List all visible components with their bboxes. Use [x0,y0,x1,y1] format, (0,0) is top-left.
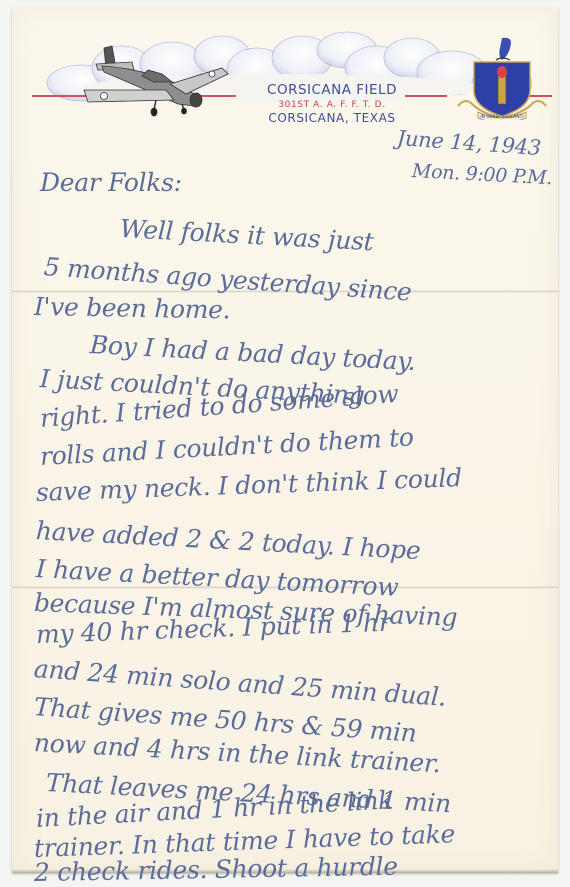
letter-line: Well folks it was just [119,214,374,256]
letter-salutation: Dear Folks: [40,168,182,197]
unit-crest: IN VERBI VIGILANTI [452,34,552,120]
airplane-illustration [82,38,242,118]
letterhead-text: CORSICANA FIELD 301ST A. A. F. F. T. D. … [250,82,414,125]
letterhead-unit: 301ST A. A. F. F. T. D. [250,99,414,111]
letter-date: June 14, 1943 [396,126,542,160]
letterhead-title: CORSICANA FIELD [250,82,414,98]
letter-line: save my neck. I don't think I could [35,463,462,507]
letter-line: I've been home. [34,292,231,324]
letter-line: rolls and I couldn't do them to [39,422,414,471]
letterhead-location: CORSICANA, TEXAS [250,111,414,125]
crest-motto: IN VERBI VIGILANTI [480,114,523,120]
letter-line: 2 check rides. Shoot a hurdle [34,852,398,887]
letter-day-time: Mon. 9:00 P.M. [411,160,552,189]
letter-page: CORSICANA FIELD 301ST A. A. F. F. T. D. … [12,8,558,873]
